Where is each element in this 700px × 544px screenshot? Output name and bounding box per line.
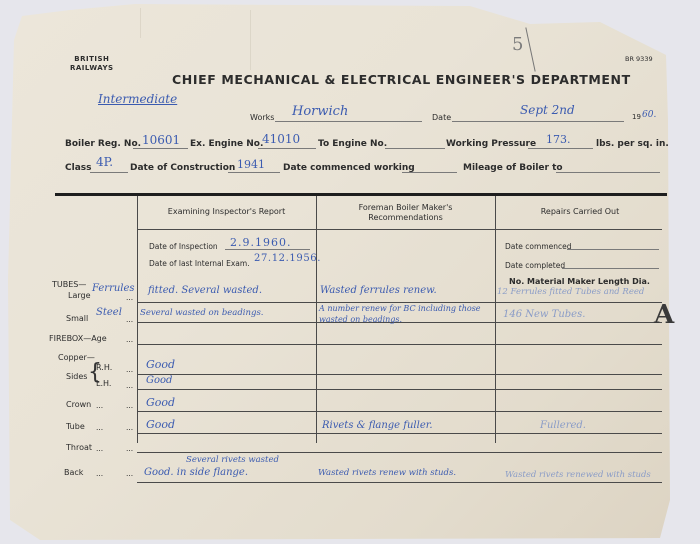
- row-rule: [137, 482, 662, 483]
- row-tube-repairs[interactable]: Fullered.: [540, 420, 586, 431]
- rh-label: R.H.: [96, 363, 112, 372]
- boiler-reg-value[interactable]: 10601: [142, 133, 180, 147]
- col-header-repairs: Repairs Carried Out: [495, 207, 665, 217]
- works-value[interactable]: Horwich: [292, 104, 348, 119]
- col-header-foreman-line2: Recommendations: [316, 213, 495, 223]
- col-divider: [316, 196, 317, 443]
- row-back-inspector[interactable]: Good. in side flange.: [144, 467, 248, 478]
- date-last-exam-value[interactable]: 27.12.1956.: [254, 253, 321, 264]
- date-construction-label: Date of Construction: [130, 163, 235, 173]
- date-commenced-working-label: Date commenced working: [283, 163, 415, 173]
- row-small-foreman[interactable]: A number renew for BC including those wa…: [319, 303, 494, 325]
- row-large-inspector[interactable]: fitted. Several wasted.: [148, 285, 262, 296]
- row-tube-foreman[interactable]: Rivets & flange fuller.: [322, 420, 433, 431]
- working-pressure-value[interactable]: 173.: [546, 133, 571, 146]
- col-header-foreman: Foreman Boiler Maker's Recommendations: [316, 203, 495, 223]
- row-rule: [137, 433, 662, 434]
- row-label-throat: Throat: [66, 443, 92, 452]
- boiler-reg-label: Boiler Reg. No.: [65, 139, 141, 149]
- date-label: Date: [432, 113, 451, 122]
- row-lh-inspector[interactable]: Good: [146, 375, 172, 386]
- row-large-pre[interactable]: Ferrules: [92, 283, 135, 294]
- dots: ...: [126, 335, 133, 344]
- works-label: Works: [250, 113, 274, 122]
- col-divider: [137, 196, 138, 443]
- row-back-foreman[interactable]: Wasted rivets renew with studs.: [318, 468, 456, 478]
- paper-crease: [140, 8, 141, 38]
- col-divider: [495, 196, 496, 443]
- tubes-label: TUBES—: [52, 280, 86, 289]
- year-prefix: 19: [632, 113, 641, 121]
- row-label-large: Large: [68, 291, 91, 300]
- dots: ...: [126, 423, 133, 432]
- to-engine-label: To Engine No.: [318, 139, 387, 149]
- org-line2: RAILWAYS: [70, 64, 114, 73]
- dots: ...: [126, 293, 133, 302]
- date-inspection-value[interactable]: 2.9.1960.: [230, 236, 291, 249]
- org-line1: BRITISH: [70, 55, 114, 64]
- pressure-line: [528, 148, 593, 149]
- date-last-exam-label: Date of last Internal Exam.: [149, 259, 250, 268]
- row-back-repairs[interactable]: Wasted rivets renewed with studs: [505, 470, 651, 480]
- material-header: No. Material Maker Length Dia.: [509, 277, 650, 286]
- date-line: [452, 121, 624, 122]
- class-value[interactable]: 4P.: [96, 155, 113, 169]
- date-construction-value[interactable]: 1941: [237, 158, 265, 171]
- dots: ...: [126, 365, 133, 374]
- page-title: CHIEF MECHANICAL & ELECTRICAL ENGINEER'S…: [172, 72, 631, 87]
- dots: ...: [96, 401, 103, 410]
- mileage-label: Mileage of Boiler to: [463, 163, 563, 173]
- british-railways-logo: BRITISH RAILWAYS: [70, 55, 114, 73]
- firebox-label: FIREBOX—Age: [49, 334, 107, 343]
- paper-crease: [250, 10, 251, 70]
- row-label-small: Small: [66, 314, 88, 323]
- construction-line: [228, 172, 280, 173]
- row-rule: [137, 344, 662, 345]
- row-label-crown: Crown: [66, 400, 91, 409]
- row-rule: [137, 411, 662, 412]
- row-rule: [137, 452, 662, 453]
- ex-engine-value[interactable]: 41010: [262, 132, 300, 146]
- date-completed-line: [562, 268, 659, 269]
- row-small-pre[interactable]: Steel: [96, 307, 122, 318]
- boiler-reg-line: [133, 148, 188, 149]
- date-completed-label: Date completed: [505, 261, 565, 270]
- lh-label: L.H.: [96, 379, 111, 388]
- mileage-line: [556, 172, 660, 173]
- row-large-foreman[interactable]: Wasted ferrules renew.: [320, 285, 437, 296]
- row-small-repairs[interactable]: 146 New Tubes.: [503, 309, 585, 320]
- date-value[interactable]: Sept 2nd: [520, 103, 575, 117]
- to-engine-line: [385, 148, 445, 149]
- date-inspection-line: [225, 249, 310, 250]
- dots: ...: [126, 315, 133, 324]
- side-pencil-mark: A: [654, 300, 674, 330]
- row-rule: [137, 389, 662, 390]
- commenced-working-line: [402, 172, 457, 173]
- dots: ...: [96, 444, 103, 453]
- header-rule: [55, 193, 667, 196]
- sides-label: Sides: [66, 372, 87, 381]
- row-large-repairs[interactable]: 12 Ferrules fitted Tubes and Reed: [497, 287, 644, 297]
- dots: ...: [96, 469, 103, 478]
- row-crown-inspector[interactable]: Good: [146, 396, 175, 409]
- row-rule: [137, 374, 662, 375]
- year-value[interactable]: 60.: [642, 110, 656, 120]
- dots: ...: [126, 469, 133, 478]
- dots: ...: [126, 444, 133, 453]
- date-inspection-label: Date of Inspection: [149, 242, 218, 251]
- row-rh-inspector[interactable]: Good: [146, 358, 175, 371]
- working-pressure-label: Working Pressure: [446, 139, 536, 149]
- works-line: [275, 121, 422, 122]
- row-back-inspector-above[interactable]: Several rivets wasted: [186, 455, 279, 465]
- row-tube-inspector[interactable]: Good: [146, 418, 175, 431]
- pencil-mark: 5: [512, 34, 523, 55]
- col-header-inspector: Examining Inspector's Report: [137, 207, 316, 217]
- table-header-rule: [137, 229, 662, 230]
- col-header-foreman-line1: Foreman Boiler Maker's: [316, 203, 495, 213]
- row-small-inspector[interactable]: Several wasted on beadings.: [140, 308, 264, 318]
- pressure-unit: lbs. per sq. in.: [596, 139, 669, 149]
- row-label-tube: Tube: [66, 422, 85, 431]
- dots: ...: [126, 381, 133, 390]
- dots: ...: [96, 423, 103, 432]
- date-commenced-label: Date commenced: [505, 242, 572, 251]
- date-commenced-line: [567, 249, 659, 250]
- class-line: [90, 172, 128, 173]
- ex-engine-label: Ex. Engine No.: [190, 139, 263, 149]
- form-code: BR 9339: [625, 55, 653, 63]
- dots: ...: [126, 401, 133, 410]
- ex-engine-line: [258, 148, 316, 149]
- class-label: Class: [65, 163, 91, 173]
- category-handwritten: Intermediate: [98, 92, 177, 106]
- row-label-back: Back: [64, 468, 83, 477]
